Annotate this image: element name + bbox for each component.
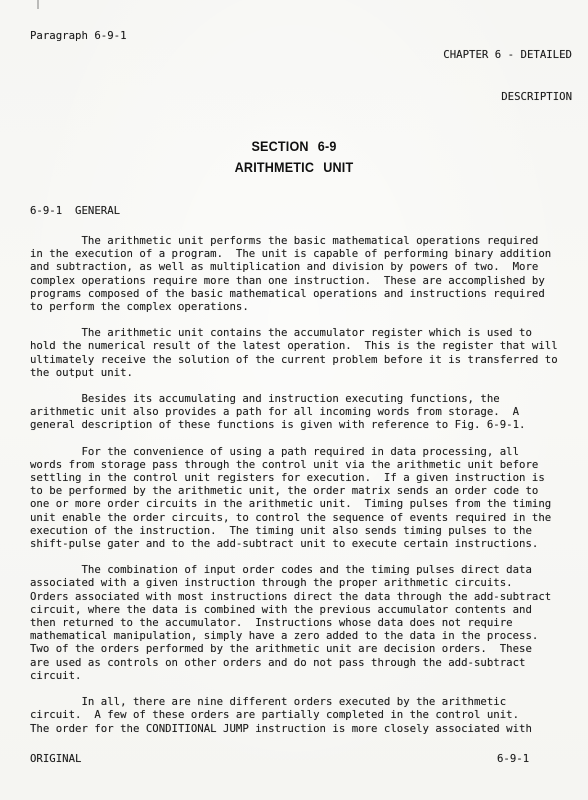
header-chapter-ref: CHAPTER 6 - DETAILED DESCRIPTION	[443, 20, 572, 132]
paragraph-heading-general: 6-9-1 GENERAL	[30, 204, 120, 217]
paragraph-6: In all, there are nine different orders …	[30, 695, 575, 735]
paragraph-1: The arithmetic unit performs the basic m…	[30, 234, 575, 313]
scan-artifact	[37, 0, 39, 9]
header-chapter-line1: CHAPTER 6 - DETAILED	[443, 48, 572, 62]
section-number-title: SECTION 6-9	[29, 136, 558, 157]
body-text: The arithmetic unit performs the basic m…	[30, 234, 575, 748]
paragraph-5: The combination of input order codes and…	[30, 563, 575, 682]
header-chapter-line2: DESCRIPTION	[443, 90, 572, 104]
header-paragraph-ref: Paragraph 6-9-1	[30, 29, 127, 42]
section-title: SECTION 6-9 ARITHMETIC UNIT	[0, 136, 588, 177]
paragraph-3: Besides its accumulating and instruction…	[30, 392, 575, 432]
paragraph-2: The arithmetic unit contains the accumul…	[30, 326, 575, 379]
footer-page-number: 6-9-1	[497, 752, 529, 765]
paragraph-4: For the convenience of using a path requ…	[30, 445, 575, 551]
document-page: Paragraph 6-9-1 CHAPTER 6 - DETAILED DES…	[0, 0, 588, 800]
section-name-title: ARITHMETIC UNIT	[29, 157, 558, 178]
footer-revision-label: ORIGINAL	[30, 752, 81, 765]
